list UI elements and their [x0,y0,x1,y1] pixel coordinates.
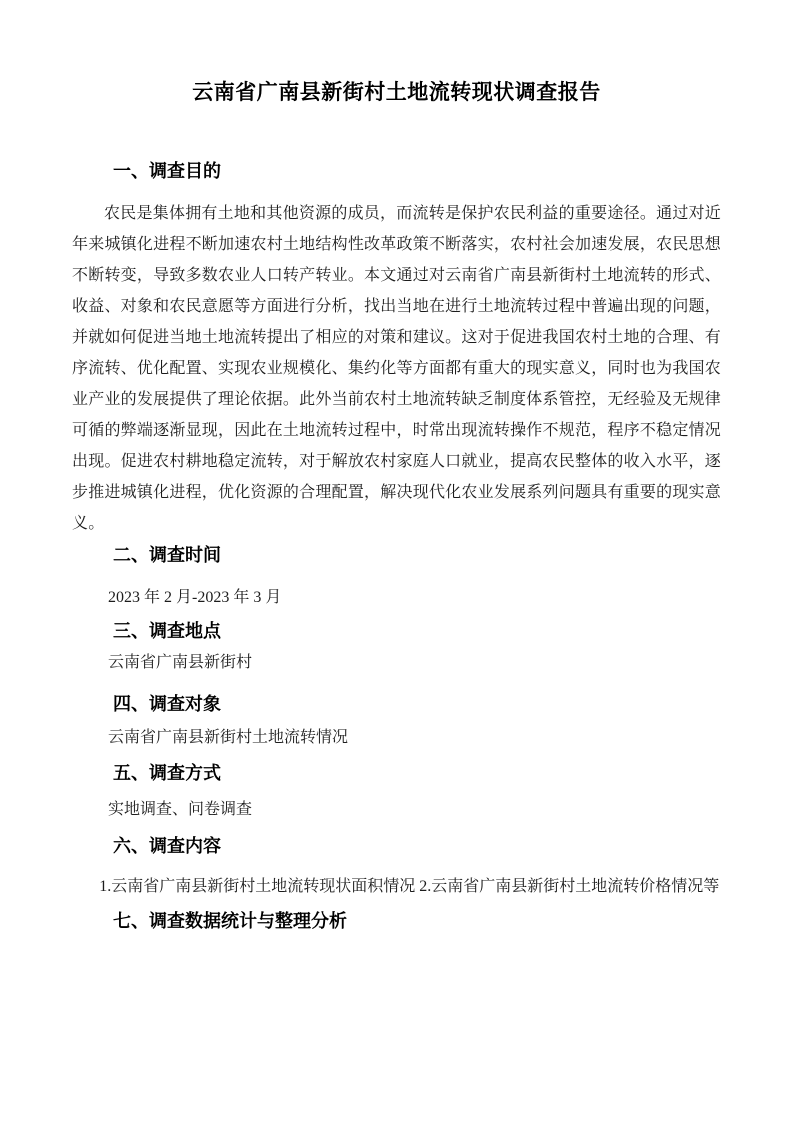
section-heading: 四、调查对象 [113,693,721,715]
section-body-paragraph: 1.云南省广南县新街村土地流转现状面积情况 2.云南省广南县新街村土地流转价格情… [72,871,721,902]
section-body-line: 云南省广南县新街村土地流转情况 [108,728,721,748]
section-data-analysis: 七、调查数据统计与整理分析 [72,910,721,932]
section-heading: 三、调查地点 [113,620,721,642]
section-survey-object: 四、调查对象 云南省广南县新街村土地流转情况 [72,693,721,748]
document-page: 云南省广南县新街村土地流转现状调查报告 一、调查目的 农民是集体拥有土地和其他资… [0,0,793,1122]
section-survey-purpose: 一、调查目的 农民是集体拥有土地和其他资源的成员，而流转是保护农民利益的重要途径… [72,160,721,539]
section-body-paragraph: 农民是集体拥有土地和其他资源的成员，而流转是保护农民利益的重要途径。通过对近年来… [72,198,721,539]
section-survey-time: 二、调查时间 2023 年 2 月-2023 年 3 月 [72,544,721,608]
section-body-line: 2023 年 2 月-2023 年 3 月 [108,588,721,608]
section-survey-content: 六、调查内容 1.云南省广南县新街村土地流转现状面积情况 2.云南省广南县新街村… [72,835,721,902]
section-heading: 七、调查数据统计与整理分析 [113,910,721,932]
section-survey-method: 五、调查方式 实地调查、问卷调查 [72,762,721,820]
section-heading: 六、调查内容 [113,835,721,857]
section-heading: 五、调查方式 [113,762,721,784]
section-survey-location: 三、调查地点 云南省广南县新街村 [72,620,721,673]
section-heading: 一、调查目的 [113,160,721,182]
section-body-line: 云南省广南县新街村 [108,653,721,673]
document-title: 云南省广南县新街村土地流转现状调查报告 [72,0,721,106]
document-title-text: 云南省广南县新街村土地流转现状调查报告 [192,80,601,104]
section-heading: 二、调查时间 [113,544,721,566]
section-body-line: 实地调查、问卷调查 [108,800,721,820]
